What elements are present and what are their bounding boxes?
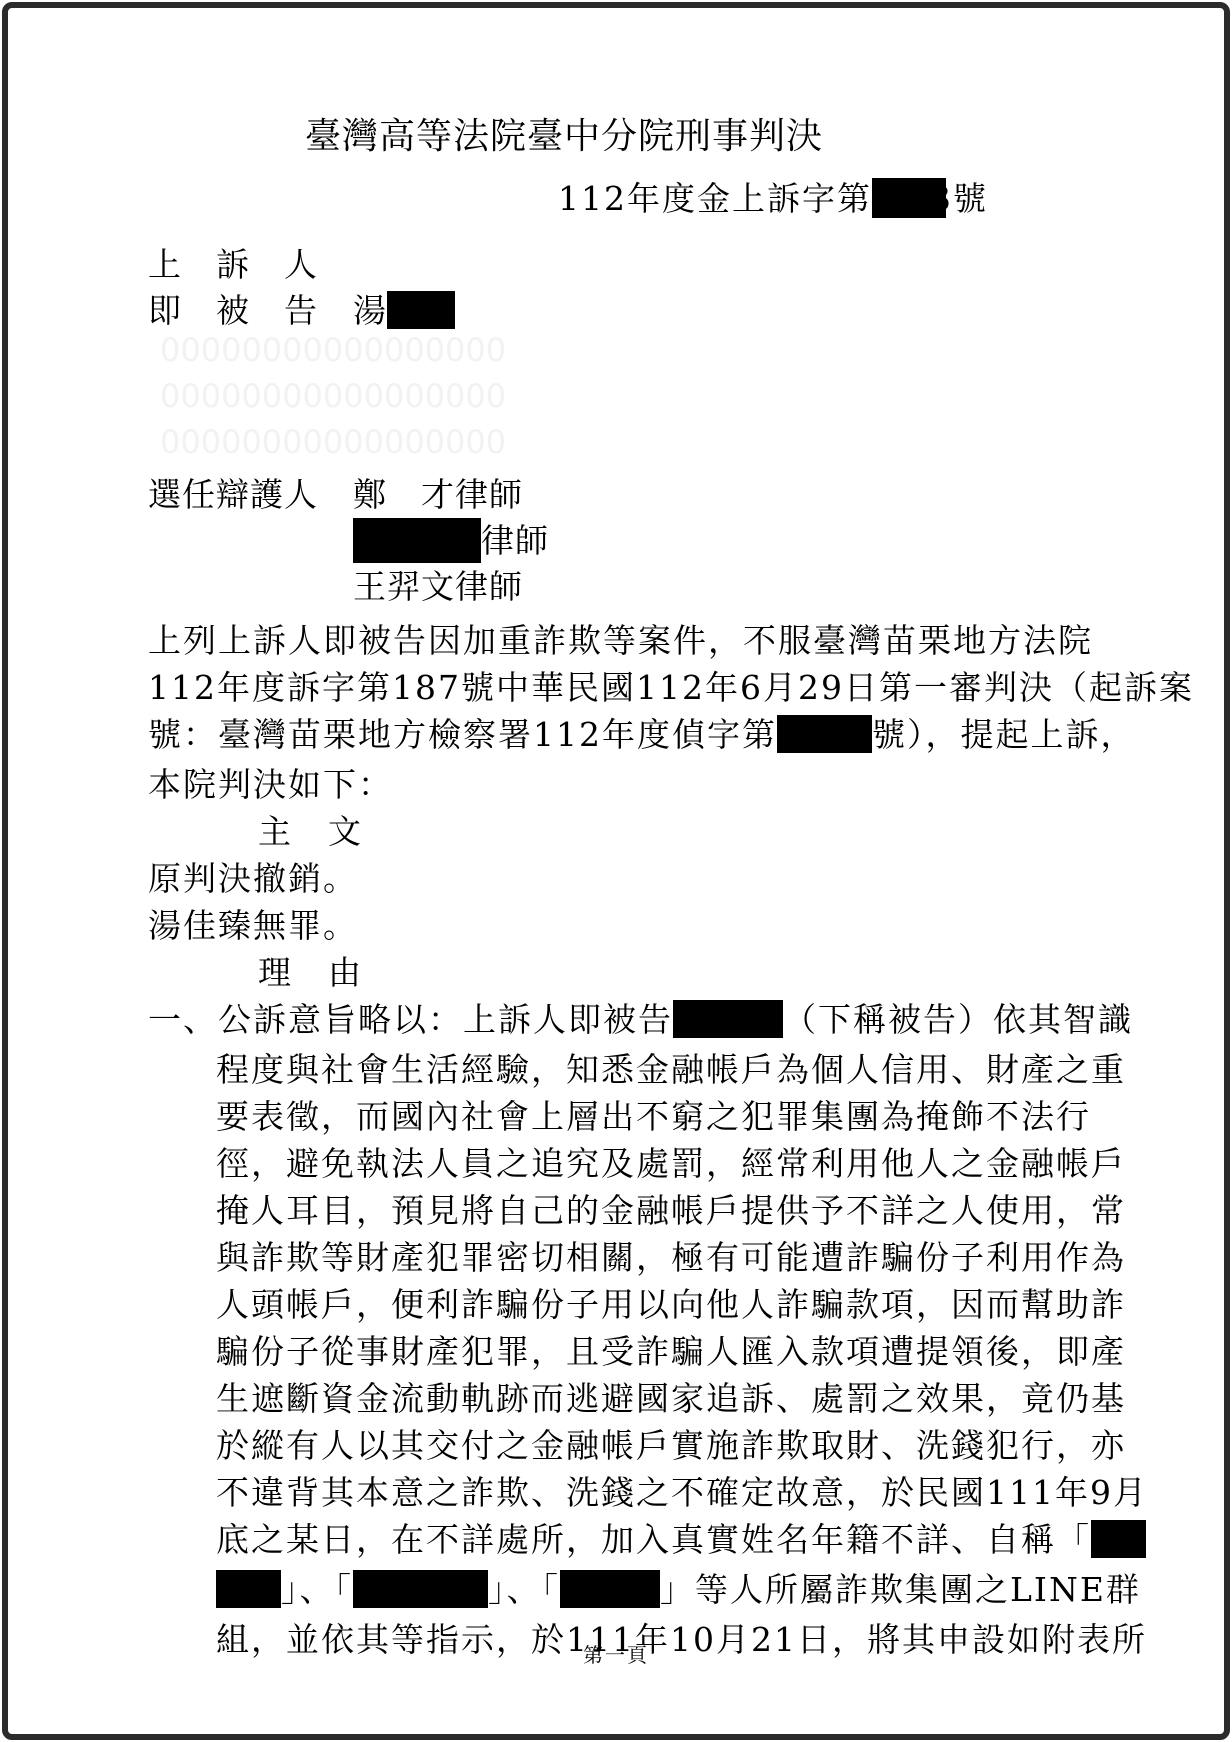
judgment-text-line: 生遮斷資金流動軌跡而逃避國家追訴、處罰之效果，竟仍基: [148, 1373, 1100, 1420]
judgment-text-line: 上列上訴人即被告因加重詐欺等案件，不服臺灣苗栗地方法院: [148, 615, 1100, 662]
judgment-body: 上列上訴人即被告因加重詐欺等案件，不服臺灣苗栗地方法院112年度訴字第187號中…: [148, 615, 1100, 1661]
judgment-text-line: 與詐欺等財產犯罪密切相關，極有可能遭詐騙份子利用作為: [148, 1232, 1100, 1279]
judgment-text-line: 徑，避免執法人員之追究及處罰，經常利用他人之金融帳戶: [148, 1138, 1100, 1185]
redaction-box: [216, 1570, 281, 1608]
text-segment: 律師: [481, 521, 549, 560]
page-number: 第一頁: [8, 1639, 1224, 1668]
party-label: 上 訴 人: [148, 239, 353, 286]
text-segment: 上列上訴人即被告因加重詐欺等案件，不服臺灣苗栗地方法院: [148, 621, 1093, 660]
judgment-text-line: 於縱有人以其交付之金融帳戶實施詐欺取財、洗錢犯行，亦: [148, 1420, 1100, 1467]
judgment-text-line: 本院判決如下：: [148, 759, 1100, 806]
redaction-box: [387, 291, 455, 329]
text-segment: 主 文: [258, 812, 363, 851]
page-title: 臺灣高等法院臺中分院刑事判決: [148, 108, 1100, 159]
text-segment: 要表徵，而國內社會上層出不窮之犯罪集團為掩飾不法行: [216, 1097, 1091, 1136]
judgment-text-line: 不違背其本意之詐欺、洗錢之不確定故意，於民國111年9月: [148, 1467, 1100, 1514]
party-row: 選任辯護人鄭 才律師: [148, 469, 1100, 515]
text-segment: 人頭帳戶，便利詐騙份子用以向他人詐騙款項，因而幫助詐: [216, 1285, 1126, 1324]
judgment-page: 臺灣高等法院臺中分院刑事判決 112年度金上訴字第3號 上 訴 人即 被 告湯0…: [2, 2, 1230, 1740]
masked-id-line: 00000000000000000: [148, 331, 1100, 377]
text-segment: 112年度訴字第187號中華民國112年6月29日第一審判決（起訴案: [148, 668, 1194, 707]
judgment-text-line: 掩人耳目，預見將自己的金融帳戶提供予不詳之人使用，常: [148, 1185, 1100, 1232]
redaction-box: [777, 715, 872, 753]
text-segment: 號），提起上訴，: [872, 715, 1136, 754]
text-segment: 」等人所屬詐欺集團之LINE群: [660, 1570, 1141, 1609]
party-label: 即 被 告: [148, 285, 353, 332]
text-segment: 號：臺灣苗栗地方檢察署112年度偵字第: [148, 715, 777, 754]
text-segment: 騙份子從事財產犯罪，且受詐騙人匯入款項遭提領後，即產: [216, 1332, 1126, 1371]
judgment-text-line: 」、「」、「」等人所屬詐欺集團之LINE群: [148, 1564, 1100, 1614]
text-segment: 原判決撤銷。: [148, 859, 358, 898]
judgment-text-line: 湯佳臻無罪。: [148, 900, 1100, 947]
redaction-box: [353, 518, 481, 563]
judgment-text-line: 112年度訴字第187號中華民國112年6月29日第一審判決（起訴案: [148, 662, 1100, 709]
judgment-text-line: 程度與社會生活經驗，知悉金融帳戶為個人信用、財產之重: [148, 1044, 1100, 1091]
party-name: 湯: [353, 285, 455, 335]
redaction-box: [872, 178, 946, 218]
text-segment: 不違背其本意之詐欺、洗錢之不確定故意，於民國111年9月: [216, 1473, 1148, 1512]
text-segment: 生遮斷資金流動軌跡而逃避國家追訴、處罰之效果，竟仍基: [216, 1379, 1126, 1418]
text-segment: 112年度金上訴字第: [558, 179, 872, 218]
case-number: 112年度金上訴字第3號: [148, 173, 1100, 221]
judgment-text-line: 一、公訴意旨略以：上訴人即被告（下稱被告）依其智識: [148, 994, 1100, 1044]
text-segment: 與詐欺等財產犯罪密切相關，極有可能遭詐騙份子利用作為: [216, 1238, 1126, 1277]
judgment-text-line: 主 文: [148, 806, 1100, 853]
text-segment: 」、「: [488, 1570, 560, 1609]
text-segment: 理 由: [258, 953, 363, 992]
party-row: 律師: [148, 515, 1100, 561]
judgment-text-line: 人頭帳戶，便利詐騙份子用以向他人詐騙款項，因而幫助詐: [148, 1279, 1100, 1326]
text-segment: 本院判決如下：: [148, 765, 393, 804]
text-segment: 徑，避免執法人員之追究及處罰，經常利用他人之金融帳戶: [216, 1144, 1126, 1183]
redaction-box: [1091, 1520, 1146, 1558]
masked-id-line: 00000000000000000: [148, 377, 1100, 423]
party-section: 上 訴 人即 被 告湯00000000000000000000000000000…: [148, 239, 1100, 607]
text-segment: 」、「: [281, 1570, 353, 1609]
text-segment: 底之某日，在不詳處所，加入真實姓名年籍不詳、自稱「: [216, 1520, 1091, 1559]
redaction-box: [353, 1570, 488, 1608]
judgment-text-line: 理 由: [148, 947, 1100, 994]
party-row: 王羿文律師: [148, 561, 1100, 607]
party-row: 即 被 告湯: [148, 285, 1100, 331]
text-segment: 程度與社會生活經驗，知悉金融帳戶為個人信用、財產之重: [216, 1050, 1126, 1089]
judgment-text-line: 騙份子從事財產犯罪，且受詐騙人匯入款項遭提領後，即產: [148, 1326, 1100, 1373]
text-segment: （下稱被告）依其智識: [783, 1000, 1133, 1039]
redaction-box: [560, 1570, 660, 1608]
redaction-box: [673, 1000, 783, 1038]
judgment-text-line: 原判決撤銷。: [148, 853, 1100, 900]
text-segment: 鄭 才律師: [353, 475, 523, 514]
text-segment: 湯: [353, 291, 387, 330]
party-row: 上 訴 人: [148, 239, 1100, 285]
text-segment: 掩人耳目，預見將自己的金融帳戶提供予不詳之人使用，常: [216, 1191, 1126, 1230]
judgment-text-line: 號：臺灣苗栗地方檢察署112年度偵字第號），提起上訴，: [148, 709, 1100, 759]
party-name: 鄭 才律師: [353, 469, 523, 516]
masked-id-line: 00000000000000000: [148, 423, 1100, 469]
party-label: 選任辯護人: [148, 469, 353, 516]
judgment-text-line: 要表徵，而國內社會上層出不窮之犯罪集團為掩飾不法行: [148, 1091, 1100, 1138]
text-segment: 於縱有人以其交付之金融帳戶實施詐欺取財、洗錢犯行，亦: [216, 1426, 1126, 1465]
text-segment: 湯佳臻無罪。: [148, 906, 358, 945]
text-segment: 一、公訴意旨略以：上訴人即被告: [148, 1000, 673, 1039]
page-content: 臺灣高等法院臺中分院刑事判決 112年度金上訴字第3號 上 訴 人即 被 告湯0…: [148, 8, 1100, 1661]
party-name: 王羿文律師: [353, 561, 523, 608]
judgment-text-line: 底之某日，在不詳處所，加入真實姓名年籍不詳、自稱「: [148, 1514, 1100, 1564]
text-segment: 王羿文律師: [353, 567, 523, 606]
